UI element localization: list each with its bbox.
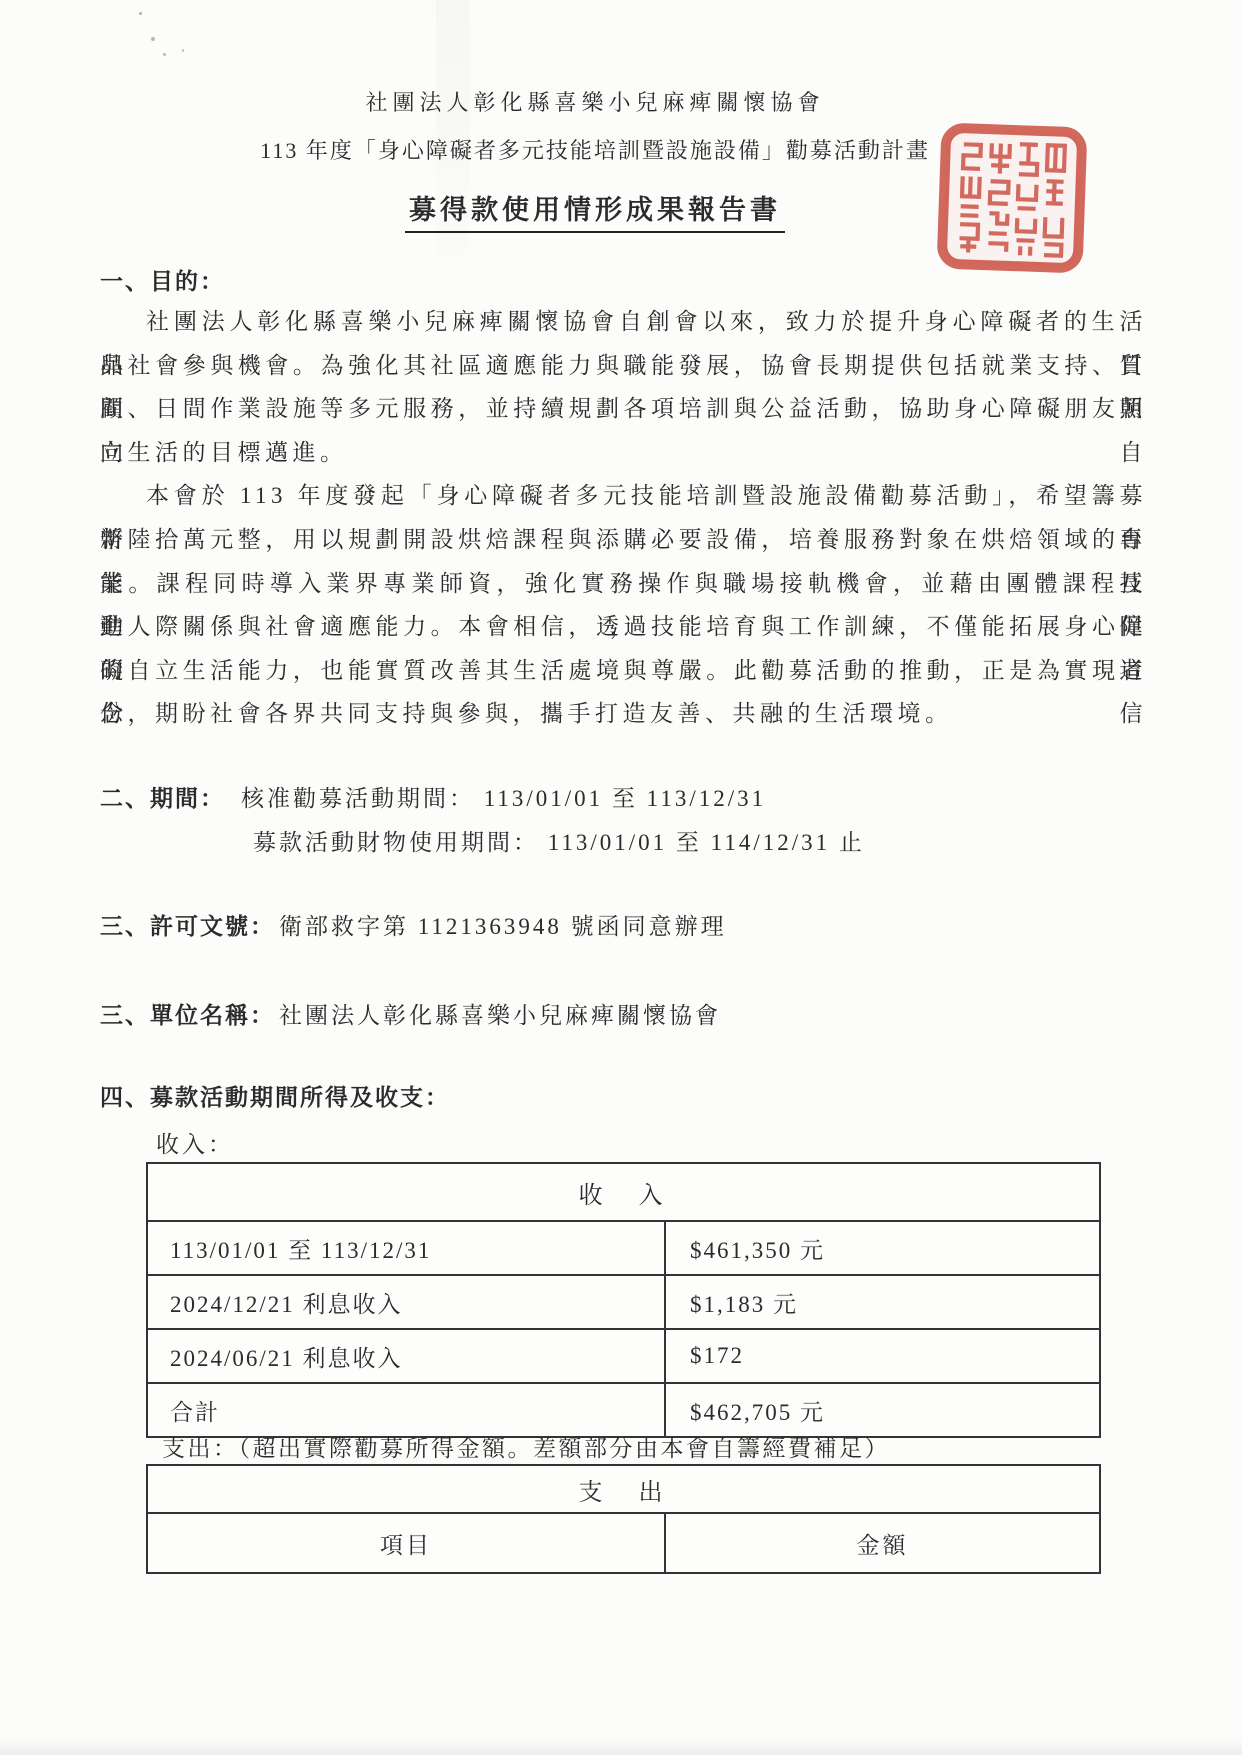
income-amount-cell: $172 <box>666 1330 1099 1382</box>
scan-edge-shade <box>0 1739 1242 1755</box>
income-total-cell: 合計 <box>148 1384 666 1436</box>
unit-value: 社團法人彰化縣喜樂小兒麻痺關懷協會 <box>279 1003 721 1028</box>
expense-note: 支出：（超出實際勸募所得金額。差額部分由本會自籌經費補足） <box>162 1430 890 1463</box>
expense-table: 支 出 項目 金額 <box>146 1464 1101 1574</box>
section-finance-label: 四、募款活動期間所得及收支： <box>100 1079 450 1112</box>
seal-graphic <box>933 119 1090 276</box>
purpose-p2-line: 進人際關係與社會適應能力。本會相信，透過技能培育與工作訓練，不僅能拓展身心障礙者 <box>100 605 1147 649</box>
period-approved-value: 核准勸募活動期間： 113/01/01 至 113/12/31 <box>241 786 766 811</box>
table-row: 2024/12/21 利息收入 $1,183 元 <box>148 1276 1099 1330</box>
expense-table-title: 支 出 <box>148 1466 1099 1514</box>
table-row: 113/01/01 至 113/12/31 $461,350 元 <box>148 1222 1099 1276</box>
section-unit-label: 三、單位名稱： <box>100 1003 275 1028</box>
table-row: 項目 金額 <box>148 1514 1099 1572</box>
table-row: 2024/06/21 利息收入 $172 <box>148 1330 1099 1384</box>
income-item-cell: 2024/12/21 利息收入 <box>148 1276 666 1328</box>
scan-speck <box>182 49 184 52</box>
period-usage-value: 募款活動財物使用期間： 113/01/01 至 114/12/31 止 <box>253 824 865 857</box>
purpose-p2-line: 能。課程同時導入業界專業師資，強化實務操作與職場接軌機會，並藉由團體課程互動，促 <box>100 562 1147 606</box>
section-purpose-label: 一、目的： <box>100 263 225 296</box>
section-period: 二、期間：核准勸募活動期間： 113/01/01 至 113/12/31 <box>100 780 766 813</box>
document-page: 社團法人彰化縣喜樂小兒麻痺關懷協會 113 年度「身心障礙者多元技能培訓暨設施設… <box>0 0 1242 1755</box>
permit-value: 衛部救字第 1121363948 號函同意辦理 <box>279 914 727 939</box>
purpose-p2-line: 本會於 113 年度發起「身心障礙者多元技能培訓暨設施設備勸募活動」，希望籌募新… <box>100 474 1147 518</box>
income-table-title: 收 入 <box>148 1164 1099 1222</box>
purpose-paragraphs: 社團法人彰化縣喜樂小兒麻痺關懷協會自創會以來，致力於提升身心障礙者的生活品質 與… <box>100 300 1147 736</box>
scan-speck <box>139 12 142 15</box>
purpose-p2-line: 幣陸拾萬元整，用以規劃開設烘焙課程與添購必要設備，培養服務對象在烘焙領域的專業技 <box>100 518 1147 562</box>
income-amount-cell: $461,350 元 <box>666 1222 1099 1274</box>
organization-title: 社團法人彰化縣喜樂小兒麻痺關懷協會 <box>40 86 1150 117</box>
association-seal-stamp <box>933 119 1090 276</box>
income-total-amount-cell: $462,705 元 <box>666 1384 1099 1436</box>
income-item-cell: 2024/06/21 利息收入 <box>148 1330 666 1382</box>
scan-speck <box>151 37 155 41</box>
income-label: 收入： <box>156 1126 234 1159</box>
purpose-p2-line: 的自立生活能力，也能實質改善其生活處境與尊嚴。此勸募活動的推動，正是為實現這份信 <box>100 649 1147 693</box>
expense-col-item: 項目 <box>148 1514 666 1572</box>
expense-col-amount: 金額 <box>666 1514 1099 1572</box>
section-permit-label: 三、許可文號： <box>100 914 275 939</box>
purpose-p1-line: 顧、日間作業設施等多元服務，並持續規劃各項培訓與公益活動，協助身心障礙朋友朝向自 <box>100 387 1147 431</box>
income-item-cell: 113/01/01 至 113/12/31 <box>148 1222 666 1274</box>
section-period-label: 二、期間： <box>100 786 225 811</box>
report-title: 募得款使用情形成果報告書 <box>405 188 785 233</box>
scan-speck <box>163 53 166 56</box>
section-permit: 三、許可文號：衛部救字第 1121363948 號函同意辦理 <box>100 908 727 941</box>
income-table: 收 入 113/01/01 至 113/12/31 $461,350 元 202… <box>146 1162 1101 1438</box>
purpose-p1-line: 與社會參與機會。為強化其社區適應能力與職能發展，協會長期提供包括就業支持、日間照 <box>100 344 1147 388</box>
table-row: 合計 $462,705 元 <box>148 1384 1099 1436</box>
purpose-p1-line: 社團法人彰化縣喜樂小兒麻痺關懷協會自創會以來，致力於提升身心障礙者的生活品質 <box>100 300 1147 344</box>
income-amount-cell: $1,183 元 <box>666 1276 1099 1328</box>
section-unit: 三、單位名稱：社團法人彰化縣喜樂小兒麻痺關懷協會 <box>100 997 721 1030</box>
